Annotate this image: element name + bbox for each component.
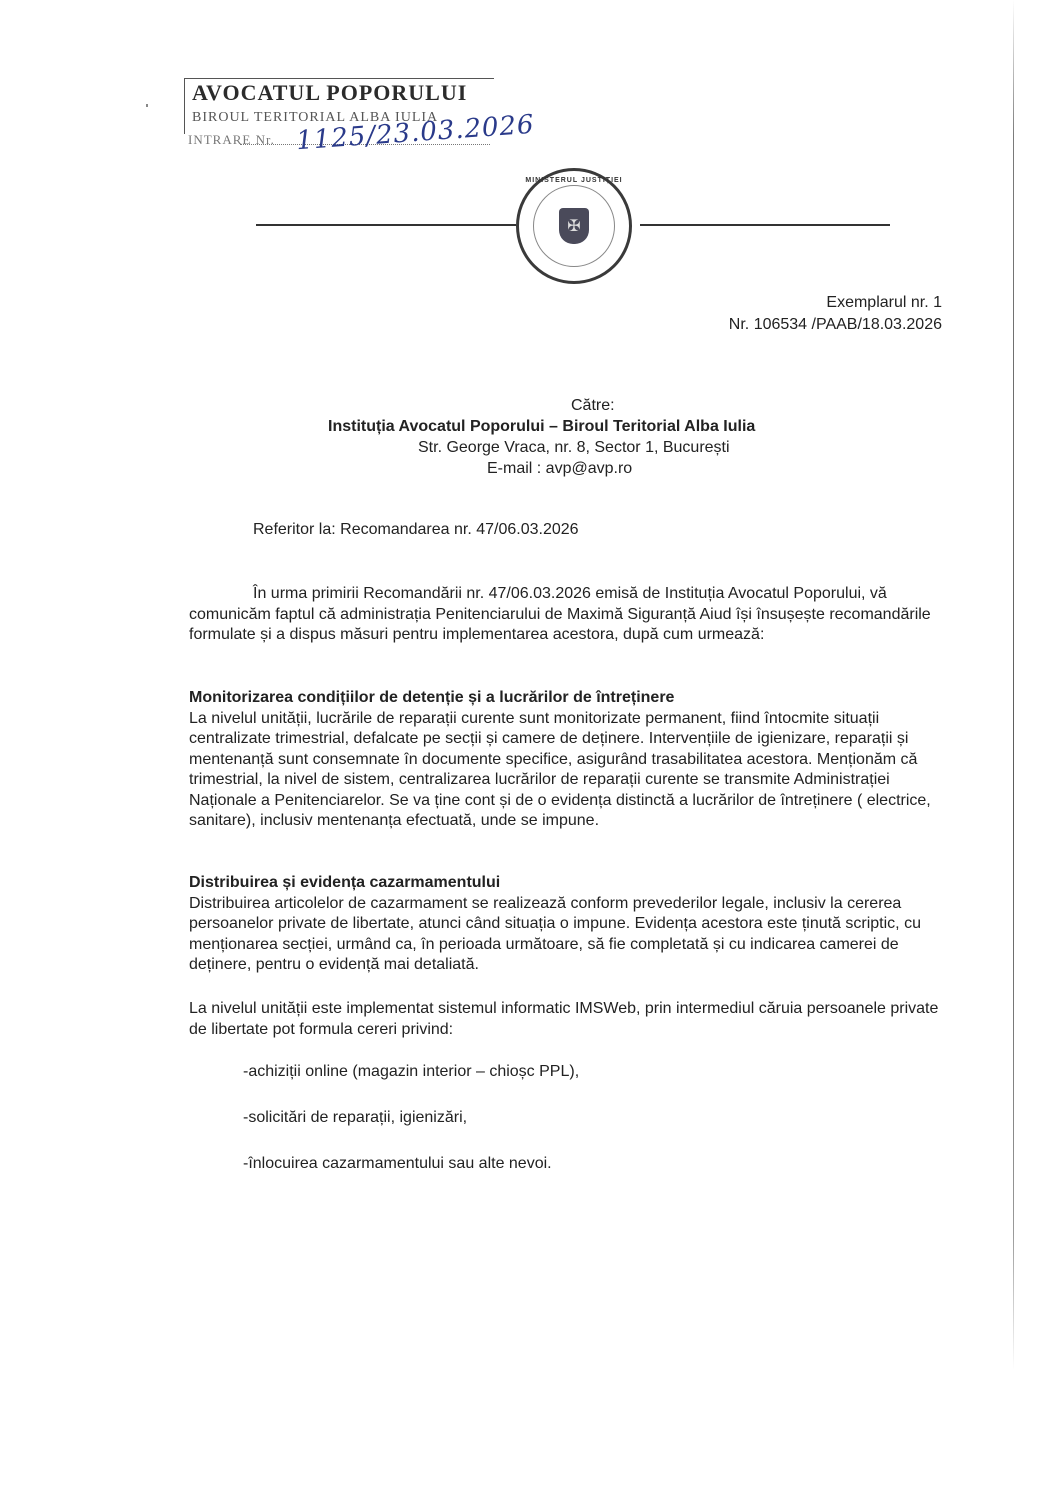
to-label: Către:	[571, 395, 615, 416]
addressee-institution: Instituția Avocatul Poporului – Biroul T…	[328, 416, 755, 437]
addressee-street: Str. George Vraca, nr. 8, Sector 1, Bucu…	[418, 437, 730, 458]
stamp-frame	[184, 78, 185, 134]
section-text: Distribuirea articolelor de cazarmament …	[189, 894, 949, 976]
coat-of-arms-icon: ✠	[559, 208, 589, 244]
header-rule-right	[640, 224, 890, 226]
section-title: Monitorizarea condițiilor de detenție și…	[189, 688, 949, 709]
reference-block: Exemplarul nr. 1 Nr. 106534 /PAAB/18.03.…	[729, 292, 942, 336]
scan-artifact	[146, 104, 148, 107]
system-text: La nivelul unității este implementat sis…	[189, 999, 949, 1040]
stamp-frame	[184, 78, 494, 79]
section-distribution: Distribuirea și evidența cazarmamentului…	[189, 873, 949, 976]
registration-stamp: AVOCATUL POPORULUI BIROUL TERITORIAL ALB…	[180, 72, 500, 158]
system-paragraph: La nivelul unității este implementat sis…	[189, 999, 949, 1040]
subject-line: Referitor la: Recomandarea nr. 47/06.03.…	[253, 521, 579, 539]
scan-edge-line	[1013, 0, 1014, 1370]
intro-paragraph: În urma primirii Recomandării nr. 47/06.…	[189, 584, 949, 646]
ministry-seal: MINISTERUL JUSTIȚIEI ✠	[516, 168, 632, 284]
stamp-entry-label: INTRARE Nr.	[188, 132, 275, 148]
intro-text: În urma primirii Recomandării nr. 47/06.…	[189, 584, 949, 646]
list-item: -solicitări de reparații, igienizări,	[243, 1108, 579, 1154]
list-item: -înlocuirea cazarmamentului sau alte nev…	[243, 1154, 579, 1200]
header-rule-left	[256, 224, 516, 226]
copy-number: Exemplarul nr. 1	[729, 292, 942, 314]
section-text: La nivelul unității, lucrările de repara…	[189, 709, 949, 832]
request-list: -achiziții online (magazin interior – ch…	[243, 1062, 579, 1200]
seal-ring-text: MINISTERUL JUSTIȚIEI	[519, 177, 629, 184]
stamp-institution: AVOCATUL POPORULUI	[192, 80, 467, 106]
section-title: Distribuirea și evidența cazarmamentului	[189, 873, 949, 894]
document-number: Nr. 106534 /PAAB/18.03.2026	[729, 314, 942, 336]
addressee-email: E-mail : avp@avp.ro	[487, 458, 632, 479]
list-item: -achiziții online (magazin interior – ch…	[243, 1062, 579, 1108]
section-monitoring: Monitorizarea condițiilor de detenție și…	[189, 688, 949, 832]
